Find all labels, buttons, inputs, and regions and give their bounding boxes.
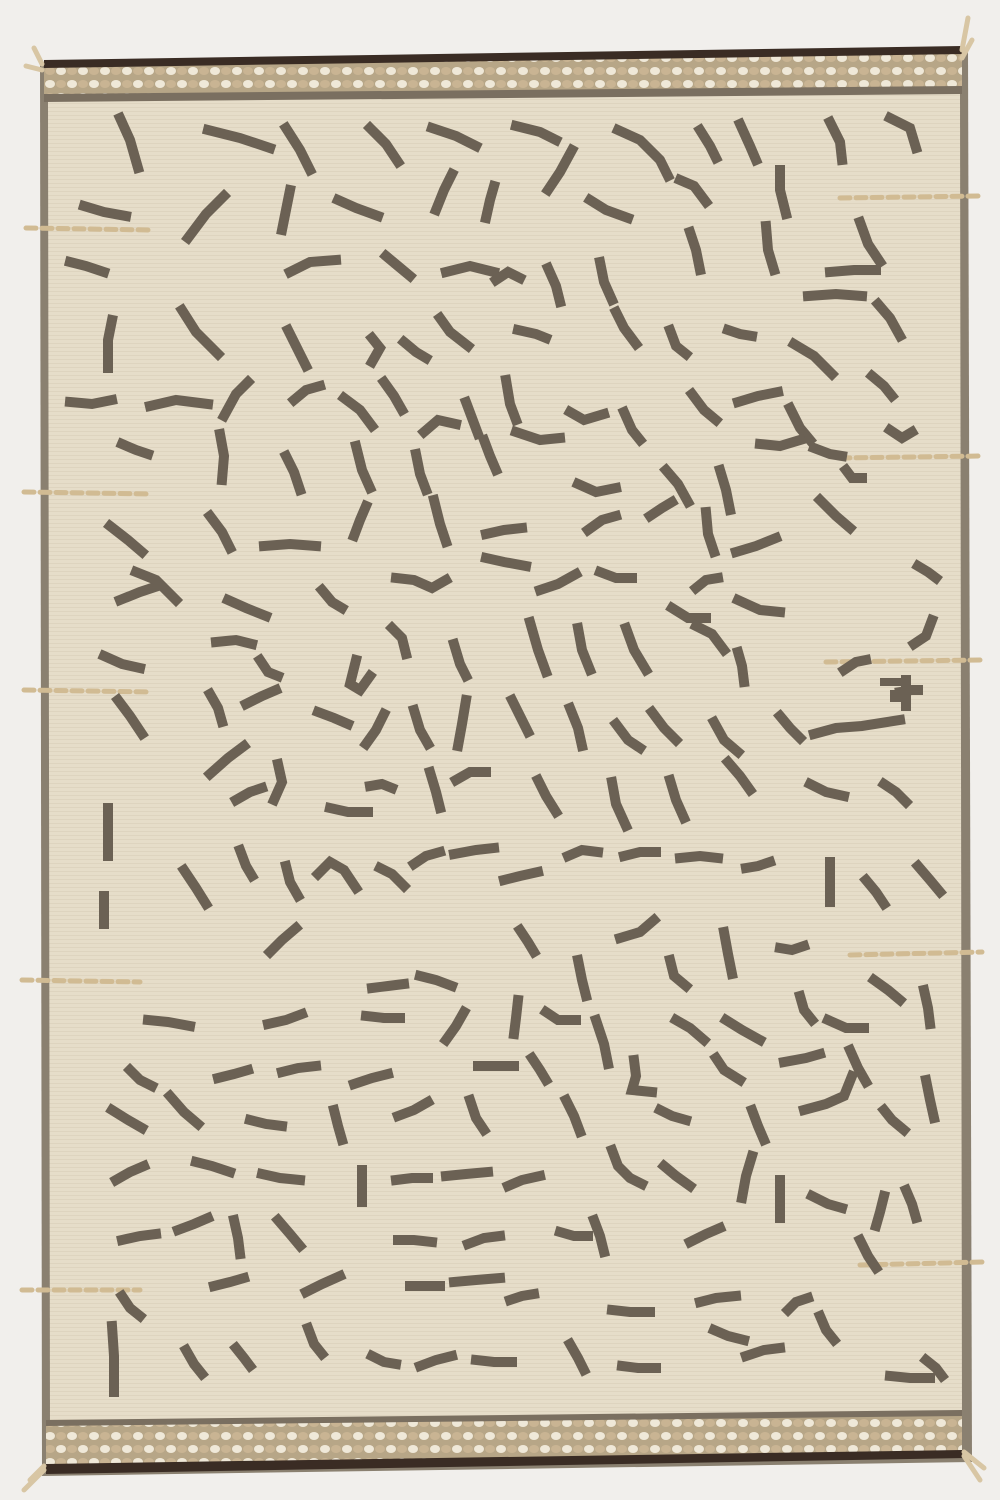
- top-end-band: [44, 46, 962, 102]
- rug-body: [40, 48, 972, 1476]
- bottom-end-band: [46, 1410, 966, 1474]
- rug-photo: [0, 0, 1000, 1500]
